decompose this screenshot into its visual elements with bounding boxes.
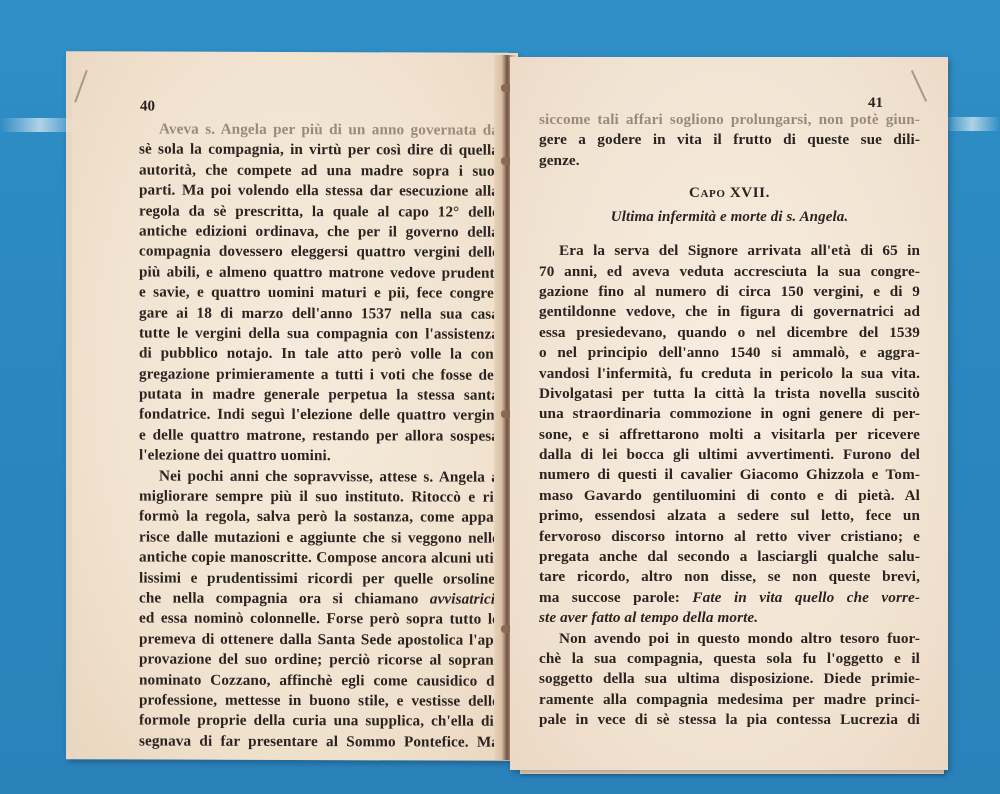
text-line: gregazione primieramente a tutti i voti … [139,364,499,386]
right-page-text: siccome tali affari sogliono prolungarsi… [539,110,920,731]
text-line: formò la regola, salva però la sostanza,… [139,507,499,529]
text-line: nominato Cozzano, affinchè egli come cau… [139,670,499,692]
text-segment: che nella compagnia ora si chiamano [139,589,418,607]
text-line: o nel principio dell'anno 1540 si ammalò… [539,343,920,363]
text-line: autorità, che compete ad una madre sopra… [139,160,499,182]
scan-glare [945,117,1000,131]
text-line: lissimi e prudentissimi ricordi per quel… [139,568,499,590]
text-line: premeva di ottenere dalla Santa Sede apo… [139,629,499,651]
text-line: l'elezione dei quattro uomini. [139,446,499,468]
corner-crease [911,70,927,102]
text-line: una straordinaria commozione in ogni gen… [539,404,920,424]
text-line: parti. Ma poi volendo ella stessa dar es… [139,181,499,203]
text-line: dalla di lei bocca gli ultimi avvertimen… [539,445,920,465]
text-line: Aveva s. Angela per più di un anno gover… [139,119,499,141]
text-line: ed essa nominò colonnelle. Forse però so… [139,609,499,631]
text-line: genze. [539,151,920,171]
italic-quote-end: ste aver fatto al tempo della morte. [539,608,920,628]
text-segment: ma succose parole: [539,589,680,606]
italic-term: avvisatrici, [430,590,499,607]
open-book: 40 Aveva s. Angela per più di un anno go… [0,0,1000,794]
text-line: più abili, e almeno quattro matrone vedo… [139,262,499,284]
text-line: primo, essendosi alzata a sedere sul let… [539,506,920,526]
text-line: Non avendo poi in questo mondo altro tes… [539,629,920,649]
text-line: tutte le vergini della sua compagnia con… [139,323,499,345]
text-line: formole proprie della curia una supplica… [139,711,499,733]
text-line: gere a godere in vita il frutto di quest… [539,130,920,150]
text-line: Era la serva del Signore arrivata all'et… [539,241,920,261]
text-line: provazione del suo ordine; perciò ricors… [139,650,499,672]
text-line: gazione fino al numero di circa 150 verg… [539,282,920,302]
chapter-subtitle: Ultima infermità e morte di s. Angela. [539,207,920,231]
text-line: Divolgatasi per tutta la città la trista… [539,384,920,404]
scan-glare [0,118,80,132]
corner-crease [74,70,88,103]
text-line: 70 anni, ed aveva veduta accresciuta la … [539,262,920,282]
text-line: gentildonne vedove, che in figura di gov… [539,302,920,322]
left-page: 40 Aveva s. Angela per più di un anno go… [66,51,518,761]
text-line: siccome tali affari sogliono prolungarsi… [539,110,920,130]
text-line: Nei pochi anni che sopravvisse, attese s… [139,466,499,488]
text-line: tare ricordo, altro non disse, se non qu… [539,567,920,587]
text-line: risce dalle mutazioni e aggiunte che si … [139,527,499,549]
text-line: fervoroso discorso intorno al retto vive… [539,527,920,547]
text-line: ramente alla compagnia medesima per madr… [539,690,920,710]
text-line: soggetto della sua ultima disposizione. … [539,669,920,689]
text-line: antiche edizioni ordinava, che per il go… [139,221,499,243]
text-line: segnava di far presentare al Sommo Ponte… [139,731,499,753]
text-line-with-italic: ma succose parole: Fate in vita quello c… [539,588,920,608]
text-line: pale in vece di sè stessa la pia contess… [539,710,920,730]
text-line: gare ai 18 di marzo dell'anno 1537 nella… [139,303,499,325]
right-page: 41 siccome tali affari sogliono prolunga… [510,57,948,770]
text-line: maso Gavardo gentiluomini di conto e di … [539,486,920,506]
text-line: migliorare sempre più il suo instituto. … [139,486,499,508]
text-line: professione, mettesse in buono stile, e … [139,690,499,712]
text-line: essa presiedevano, quando o nel dicembre… [539,323,920,343]
text-line: vandosi l'infermità, fu creduta in peric… [539,364,920,384]
text-line: compagnia dovessero eleggersi quattro ve… [139,242,499,264]
text-line: antiche copie manoscritte. Compose ancor… [139,548,499,570]
italic-quote: Fate in vita quello che vorre- [692,589,920,606]
text-line: sone, e si affrettarono molti a visitarl… [539,425,920,445]
page-number-left: 40 [140,98,155,115]
text-line: fondatrice. Indi seguì l'elezione delle … [139,405,499,427]
left-page-text: Aveva s. Angela per più di un anno gover… [139,119,499,752]
chapter-title: Capo XVII. [539,183,920,207]
text-line: regola da sè prescritta, la quale al cap… [139,201,499,223]
text-line: sè sola la compagnia, in virtù per così … [139,140,499,162]
text-line: numero di questi il cavalier Giacomo Ghi… [539,465,920,485]
text-line: e delle quattro matrone, restando per al… [139,425,499,447]
text-line: pregata anche dal secondo a lasciargli q… [539,547,920,567]
text-line-with-italic: che nella compagnia ora si chiamano avvi… [139,588,499,610]
text-line: chè la sua compagnia, questa sola fu l'o… [539,649,920,669]
text-line: e savie, e quattro uomini maturi e pii, … [139,283,499,305]
text-line: putata in madre generale perpetua la ste… [139,385,499,407]
text-line: di pubblico notajo. In tale atto però vo… [139,344,499,366]
